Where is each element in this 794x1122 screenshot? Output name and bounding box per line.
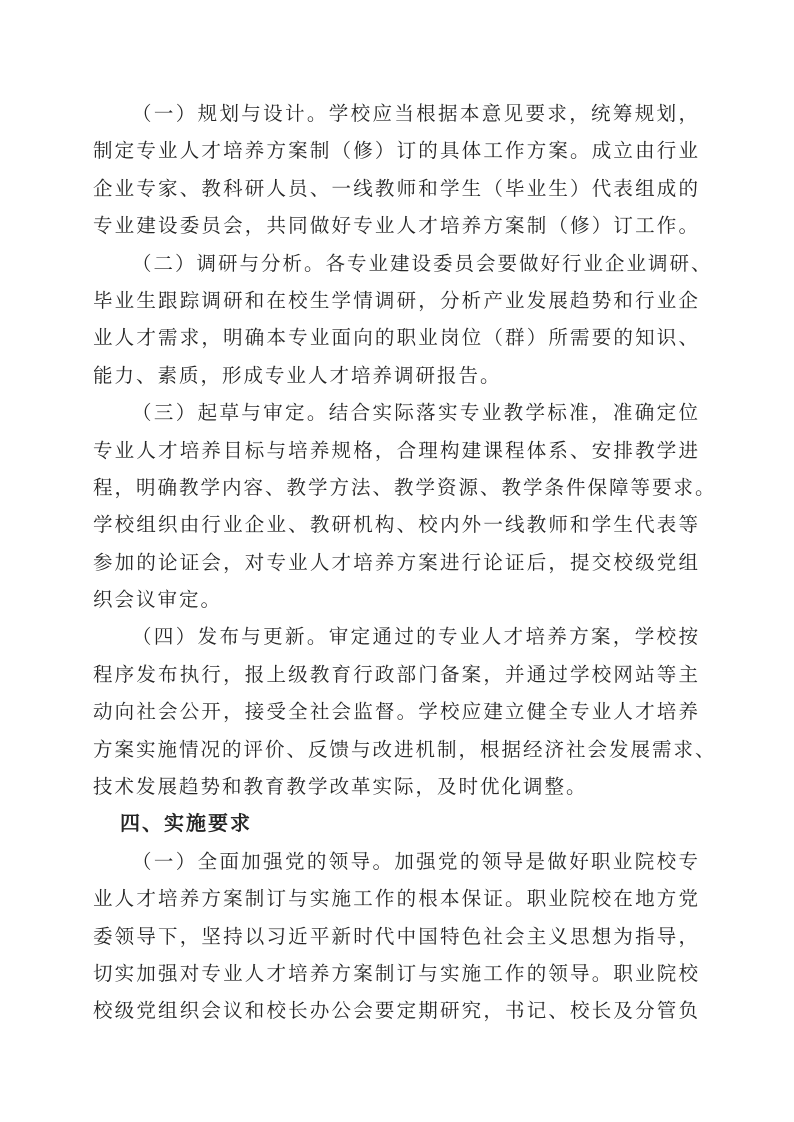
text-line: 程序发布执行，报上级教育行政部门备案，并通过学校网站等主 — [93, 657, 700, 694]
text-line: （一）规划与设计。学校应当根据本意见要求，统筹规划， — [93, 96, 700, 133]
text-line: 织会议审定。 — [93, 582, 700, 619]
text-line: 委领导下，坚持以习近平新时代中国特色社会主义思想为指导， — [93, 919, 700, 956]
text-line: 切实加强对专业人才培养方案制订与实施工作的领导。职业院校 — [93, 956, 700, 993]
text-line: （三）起草与审定。结合实际落实专业教学标准，准确定位 — [93, 395, 700, 432]
text-line: （二）调研与分析。各专业建设委员会要做好行业企业调研、 — [93, 246, 700, 283]
text-line: （一）全面加强党的领导。加强党的领导是做好职业院校专 — [93, 844, 700, 881]
text-line: 程，明确教学内容、教学方法、教学资源、教学条件保障等要求。 — [93, 470, 700, 507]
text-line: 业人才培养方案制订与实施工作的根本保证。职业院校在地方党 — [93, 881, 700, 918]
text-line: 学校组织由行业企业、教研机构、校内外一线教师和学生代表等 — [93, 507, 700, 544]
document-body: （一）规划与设计。学校应当根据本意见要求，统筹规划， 制定专业人才培养方案制（修… — [93, 96, 700, 1031]
paragraph-drafting-approval: （三）起草与审定。结合实际落实专业教学标准，准确定位 专业人才培养目标与培养规格… — [93, 395, 700, 619]
section-heading: 四、实施要求 — [93, 806, 700, 843]
text-line: 方案实施情况的评价、反馈与改进机制，根据经济社会发展需求、 — [93, 732, 700, 769]
section-heading-implementation-requirements: 四、实施要求 — [93, 806, 700, 843]
text-line: （四）发布与更新。审定通过的专业人才培养方案，学校按 — [93, 619, 700, 656]
text-line: 专业建设委员会，共同做好专业人才培养方案制（修）订工作。 — [93, 208, 700, 245]
paragraph-party-leadership: （一）全面加强党的领导。加强党的领导是做好职业院校专 业人才培养方案制订与实施工… — [93, 844, 700, 1031]
text-line: 校级党组织会议和校长办公会要定期研究，书记、校长及分管负 — [93, 993, 700, 1030]
text-line: 企业专家、教科研人员、一线教师和学生（毕业生）代表组成的 — [93, 171, 700, 208]
text-line: 能力、素质，形成专业人才培养调研报告。 — [93, 358, 700, 395]
text-line: 专业人才培养目标与培养规格，合理构建课程体系、安排教学进 — [93, 433, 700, 470]
text-line: 技术发展趋势和教育教学改革实际，及时优化调整。 — [93, 769, 700, 806]
document-page: （一）规划与设计。学校应当根据本意见要求，统筹规划， 制定专业人才培养方案制（修… — [0, 0, 794, 1122]
paragraph-research-analysis: （二）调研与分析。各专业建设委员会要做好行业企业调研、 毕业生跟踪调研和在校生学… — [93, 246, 700, 396]
text-line: 动向社会公开，接受全社会监督。学校应建立健全专业人才培养 — [93, 694, 700, 731]
text-line: 毕业生跟踪调研和在校生学情调研，分析产业发展趋势和行业企 — [93, 283, 700, 320]
paragraph-planning-design: （一）规划与设计。学校应当根据本意见要求，统筹规划， 制定专业人才培养方案制（修… — [93, 96, 700, 246]
text-line: 制定专业人才培养方案制（修）订的具体工作方案。成立由行业 — [93, 133, 700, 170]
text-line: 参加的论证会，对专业人才培养方案进行论证后，提交校级党组 — [93, 545, 700, 582]
text-line: 业人才需求，明确本专业面向的职业岗位（群）所需要的知识、 — [93, 320, 700, 357]
paragraph-publish-update: （四）发布与更新。审定通过的专业人才培养方案，学校按 程序发布执行，报上级教育行… — [93, 619, 700, 806]
